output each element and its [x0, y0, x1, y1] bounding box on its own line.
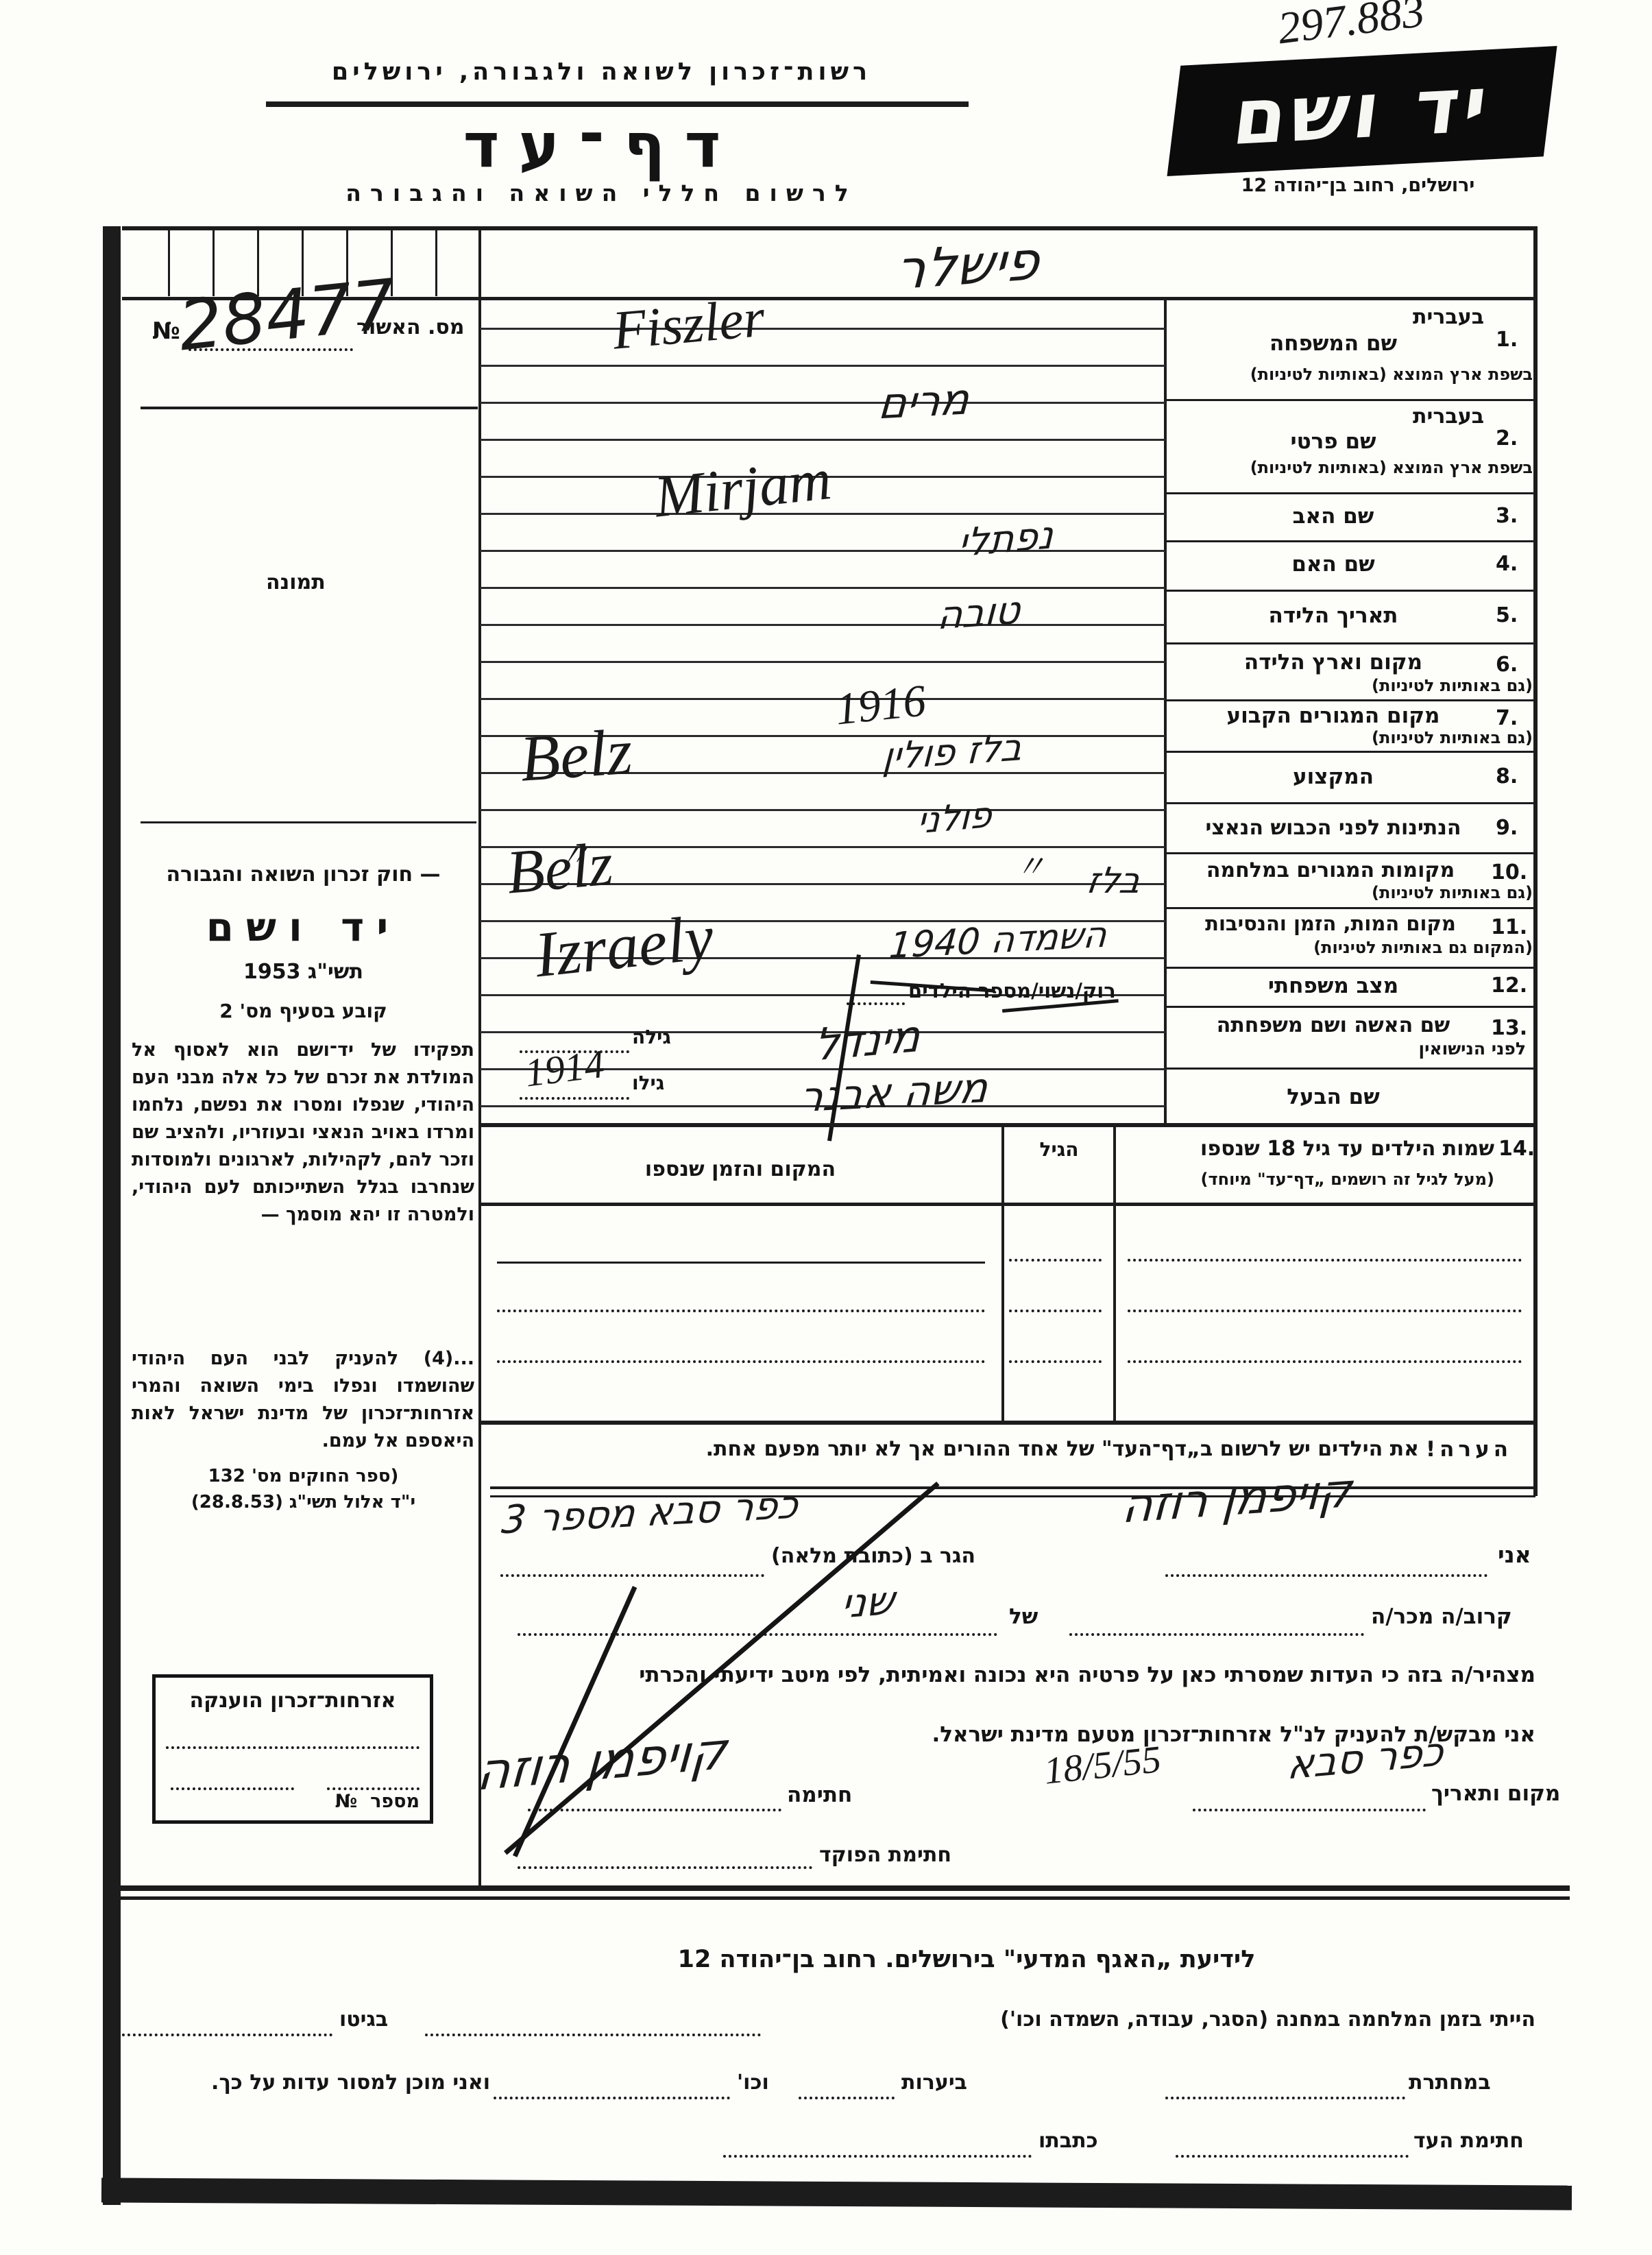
ghetto-line	[117, 2034, 332, 2036]
declaration-relative-label: קרוב/ה מכר/ה	[1371, 1604, 1512, 1629]
children-row-line	[497, 1310, 985, 1312]
hw-family-name-latin: Fiszler	[610, 287, 767, 363]
law-year: תשי"ג 1953	[130, 960, 476, 984]
clerk-signature-label: חתימת הפוקד	[819, 1843, 951, 1867]
hw-nationality: פולני	[916, 795, 993, 843]
children-row-line	[1009, 1259, 1102, 1262]
children-row-line	[1128, 1259, 1522, 1262]
pen-stroke	[513, 1586, 637, 1857]
signature-line	[528, 1809, 781, 1811]
citizenship-line-small-right	[327, 1787, 420, 1790]
ghetto-label: בגיטו	[339, 2007, 388, 2031]
signature-label: חתימה	[787, 1783, 852, 1807]
field-11-label: מקום המות, הזמן והנסיבות	[1169, 912, 1492, 935]
law-reference-2: י"ד אלול תשי"ג (28.8.53)	[130, 1492, 476, 1512]
witness-signature-line	[1176, 2155, 1409, 2158]
field-number: 11.	[1491, 915, 1527, 939]
row-line	[1167, 852, 1534, 854]
field-7-sub: (גם באותיות לטיניות)	[1169, 728, 1533, 747]
yad-vashem-logo-text: יד ושם	[1228, 60, 1496, 163]
field-10-sub: (גם באותיות לטיניות)	[1169, 883, 1533, 902]
hw-husband-name: משה אבנר	[798, 1064, 990, 1122]
hw-birth-place-latin: Belz	[518, 714, 635, 797]
field-1-sub: בשפת ארץ המוצא (באותיות לטיניות)	[1169, 365, 1533, 384]
place-date-line	[1193, 1809, 1426, 1811]
children-row-line	[1128, 1360, 1522, 1363]
note-text: את הילדים יש לרשום ב„דף־העד" של אחד ההור…	[500, 1437, 1419, 1461]
law-reference-1: (ספר החוקים מס' 132	[130, 1466, 476, 1486]
citizenship-line-small-left	[171, 1787, 294, 1790]
hw-mother-name: טובה	[936, 588, 1021, 639]
row-line	[1167, 751, 1534, 753]
row-line	[1167, 540, 1534, 542]
declarant-name-line	[1165, 1574, 1487, 1577]
double-rule-bottom	[120, 1896, 1570, 1900]
field-number: 8.	[1496, 764, 1518, 788]
field-number: 7.	[1496, 706, 1518, 730]
header-underline	[266, 101, 969, 107]
hw-witness-name: קויפמן רוזה	[1120, 1464, 1353, 1534]
children-title-note: (מעל לגיל זה רושמים „דף־עד" מיוחד)	[1124, 1170, 1494, 1189]
field-number: 5.	[1496, 603, 1518, 627]
hw-of-whom: שני	[840, 1577, 896, 1628]
hw-permit-number: 28477	[175, 264, 400, 367]
field-6-label: מקום וארץ הלידה	[1172, 650, 1494, 675]
citizenship-box: אזרחות־זכרון הוענקה מספר №	[152, 1674, 433, 1824]
row-line	[1167, 699, 1534, 701]
double-rule-top	[120, 1885, 1570, 1891]
field-12-label: מצב משפחתי	[1172, 974, 1494, 998]
field-8-label: המקצוע	[1172, 764, 1494, 789]
marital-options-label: רוק/נשוי/מספר הילדים	[908, 979, 1116, 1002]
witness-address-label: כתבתו	[1038, 2129, 1098, 2153]
children-header-underline	[480, 1203, 1535, 1206]
row-line	[1167, 642, 1534, 644]
row-line	[1167, 907, 1534, 909]
her-age-label: גילה	[632, 1026, 671, 1048]
children-col-divider	[1001, 1124, 1004, 1422]
photo-label: תמונה	[266, 570, 326, 594]
hw-residence-ditto-right: 〃	[1015, 842, 1046, 887]
catalog-number-handwritten: 297.883	[1275, 0, 1427, 55]
field-4-label: שם האם	[1172, 552, 1494, 577]
law-paragraph-2: ‏...(4) להעניק לבני העם היהודי שהושמדו ו…	[132, 1345, 474, 1455]
hw-father-name: נפתלי	[958, 513, 1054, 566]
children-row-line	[1009, 1360, 1102, 1363]
field-6-sub: (גם באותיות לטיניות)	[1169, 676, 1533, 695]
ready-to-testify-text: ואני מוכן למסור עדות על כך.	[113, 2071, 490, 2095]
form-border-right	[1533, 226, 1538, 1496]
field-13-label: שם האשה ושם משפחתה	[1172, 1013, 1494, 1037]
field-number: 3.	[1496, 504, 1518, 528]
number-word: מספר	[370, 1791, 420, 1812]
children-title: שמות הילדים עד גיל 18 שנספו	[1124, 1137, 1494, 1161]
field-5-label: תאריך הלידה	[1172, 603, 1494, 628]
form-title: דף־עד	[230, 110, 973, 182]
witness-address-line	[723, 2155, 1032, 2158]
law-paragraph-1: תפקידו של יד־ושם הוא לאסוף אל המולדת את …	[132, 1037, 474, 1229]
underground-label: במחתרת	[1409, 2071, 1491, 2095]
his-age-line	[520, 1097, 629, 1100]
hw-witness-address: כפר סבא מספר 3	[500, 1482, 799, 1543]
permit-underline	[141, 407, 478, 409]
sidebar-separator	[141, 821, 476, 823]
relative-line	[1069, 1633, 1364, 1636]
citizenship-number-label: מספר №	[335, 1791, 420, 1812]
field-9-label: הנתינות לפני הכבוש הנאצי	[1172, 816, 1494, 840]
children-table-top	[480, 1123, 1535, 1127]
law-section: קובע בסעיף מס' 2	[130, 1000, 476, 1022]
hw-wife-name: מינדל	[813, 1011, 921, 1072]
authority-title: רשות־זכרון לשואה ולגבורה, ירושלים	[230, 58, 973, 86]
hw-war-residence-latin: Belz	[504, 828, 616, 908]
row-line	[1167, 1006, 1534, 1008]
field-number: 6.	[1496, 653, 1518, 677]
row-line	[1167, 967, 1534, 969]
field-number: 10.	[1491, 860, 1527, 884]
children-place-column-header: המקום והזמן שנספו	[494, 1157, 987, 1181]
his-age-label: גילו	[632, 1072, 664, 1094]
field-1-pre: בעברית	[1172, 305, 1484, 329]
numero-sign: №	[152, 317, 180, 345]
declarant-address-line	[500, 1574, 764, 1577]
law-name: יד ושם	[130, 904, 476, 950]
field-2-label: שם פרטי	[1172, 429, 1494, 454]
hw-first-name-hebrew: מרים	[877, 374, 971, 429]
camp-line-label: הייתי בזמן המלחמה במחנה (הסגר, עבודה, הש…	[768, 2007, 1535, 2031]
forests-label: ביערות	[901, 2071, 967, 2095]
field-number: 9.	[1496, 816, 1518, 840]
declaration-i-label: אני	[1498, 1541, 1531, 1568]
field-number: 1.	[1496, 328, 1518, 352]
citizenship-line	[166, 1746, 420, 1749]
declaration-of-label: של	[1009, 1604, 1038, 1629]
grid-tick	[168, 230, 170, 296]
field-10-label: מקומות המגורים במלחמה	[1169, 858, 1492, 882]
form-border-top	[122, 226, 1537, 230]
note-underline	[490, 1486, 1535, 1489]
field-number: 12.	[1491, 974, 1527, 998]
children-row-line	[1009, 1310, 1102, 1312]
bottom-section-title: לידיעת „האגף המדעי" בירושלים. רחוב בן־יה…	[603, 1946, 1330, 1973]
children-row-line	[497, 1360, 985, 1363]
row-line	[1167, 492, 1534, 494]
forests-line	[799, 2097, 895, 2099]
field-2-sub: בשפת ארץ המוצא (באותיות לטיניות)	[1169, 458, 1533, 477]
note-label: הערה!	[1426, 1437, 1512, 1462]
marital-line	[847, 1002, 905, 1005]
scan-edge-bottom	[101, 2178, 1572, 2210]
etc-line	[494, 2097, 730, 2099]
scan-edge-left	[103, 226, 121, 2205]
declaration-resides-label: הגר ב (כתובת מלאה)	[771, 1544, 975, 1568]
field-7-label: מקום המגורים הקבוע	[1172, 703, 1494, 728]
field-2-pre: בעברית	[1172, 405, 1484, 429]
children-row-line	[1128, 1310, 1522, 1312]
row-line	[1167, 399, 1534, 401]
field-number: 14.	[1498, 1137, 1535, 1161]
declaration-statement: מצהיר/ה בזה כי העדות שמסרתי כאן על פרטיה…	[497, 1663, 1535, 1687]
law-intro: — חוק זכרון השואה והגבורה	[130, 863, 476, 887]
field-11-sub: (המקום גם באותיות לטיניות)	[1169, 938, 1533, 957]
witness-signature-label: חתימת העד	[1413, 2129, 1524, 2153]
field-husband-label: שם הבעל	[1172, 1085, 1494, 1109]
numero-sign: №	[335, 1791, 357, 1812]
scanned-testimony-page: 297.883 רשות־זכרון לשואה ולגבורה, ירושלי…	[0, 0, 1652, 2255]
place-date-label: מקום ותאריך	[1431, 1781, 1560, 1806]
logo-address: ירושלים, רחוב בן־יהודה 12	[1165, 175, 1551, 196]
field-1-label: שם המשפחה	[1172, 331, 1494, 356]
field-number: 4.	[1496, 552, 1518, 576]
camp-line	[425, 2034, 761, 2036]
yad-vashem-logo: יד ושם	[1167, 46, 1557, 176]
hw-husband-age: 1914	[522, 1041, 607, 1096]
hw-birth-date: 1916	[833, 675, 928, 736]
etc-label: וכו'	[737, 2071, 769, 2095]
children-row-line	[497, 1262, 985, 1264]
field-3-label: שם האב	[1172, 504, 1494, 529]
children-age-column-header: הגיל	[1004, 1138, 1114, 1161]
form-subtitle: לרשום חללי השואה והגבורה	[230, 180, 973, 206]
hw-family-name-hebrew: פישלר	[894, 230, 1042, 302]
row-line	[1167, 590, 1534, 592]
children-col-divider	[1113, 1124, 1116, 1422]
grid-tick	[435, 230, 437, 296]
row-line	[1167, 802, 1534, 804]
citizenship-box-title: אזרחות־זכרון הוענקה	[156, 1689, 430, 1713]
hw-war-residence-hebrew: בלז	[1084, 860, 1143, 902]
underground-line	[1165, 2097, 1405, 2099]
field-number: 2.	[1496, 426, 1518, 450]
children-table-bottom	[480, 1421, 1535, 1425]
row-line	[1167, 1068, 1534, 1070]
hw-signature: קויפמן רוזה	[474, 1721, 729, 1802]
clerk-signature-line	[518, 1866, 812, 1869]
field-13-sub: לפני הנישואין	[1169, 1039, 1526, 1059]
field-number: 13.	[1491, 1016, 1527, 1040]
